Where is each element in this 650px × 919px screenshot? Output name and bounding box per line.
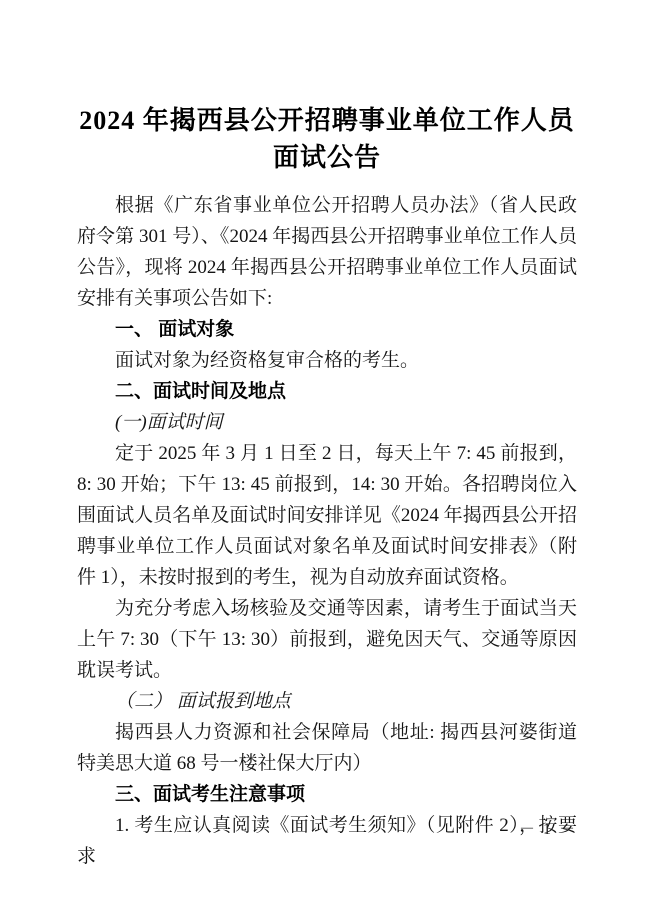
document-title: 2024 年揭西县公开招聘事业单位工作人员 面试公告	[77, 102, 577, 176]
section3-heading: 三、面试考生注意事项	[77, 779, 577, 810]
document-title-line2: 面试公告	[77, 139, 577, 176]
document-title-line1: 2024 年揭西县公开招聘事业单位工作人员	[77, 102, 577, 139]
document-content: 2024 年揭西县公开招聘事业单位工作人员 面试公告 根据《广东省事业单位公开招…	[0, 102, 650, 872]
section2-heading: 二、面试时间及地点	[77, 376, 577, 407]
section2-sub1-paragraph2: 为充分考虑入场核验及交通等因素，请考生于面试当天上午 7: 30（下午 13: …	[77, 593, 577, 686]
section2-sub2-paragraph1: 揭西县人力资源和社会保障局（地址: 揭西县河婆街道特美思大道 68 号一楼社保大…	[77, 717, 577, 779]
document-page: 2024 年揭西县公开招聘事业单位工作人员 面试公告 根据《广东省事业单位公开招…	[0, 0, 650, 919]
section2-sub2-heading: （二） 面试报到地点	[77, 686, 577, 717]
intro-paragraph: 根据《广东省事业单位公开招聘人员办法》（省人民政府令第 301 号）、《2024…	[77, 190, 577, 314]
section3-paragraph: 1. 考生应认真阅读《面试考生须知》（见附件 2），按要求	[77, 810, 577, 872]
section2-sub1-heading: (一)面试时间	[77, 407, 577, 438]
section1-paragraph: 面试对象为经资格复审合格的考生。	[77, 345, 577, 376]
section1-heading: 一、 面试对象	[77, 314, 577, 345]
section2-sub1-paragraph1: 定于 2025 年 3 月 1 日至 2 日，每天上午 7: 45 前报到，8:…	[77, 438, 577, 593]
page-number: － 1 －	[519, 820, 577, 840]
document-body: 根据《广东省事业单位公开招聘人员办法》（省人民政府令第 301 号）、《2024…	[77, 190, 577, 872]
